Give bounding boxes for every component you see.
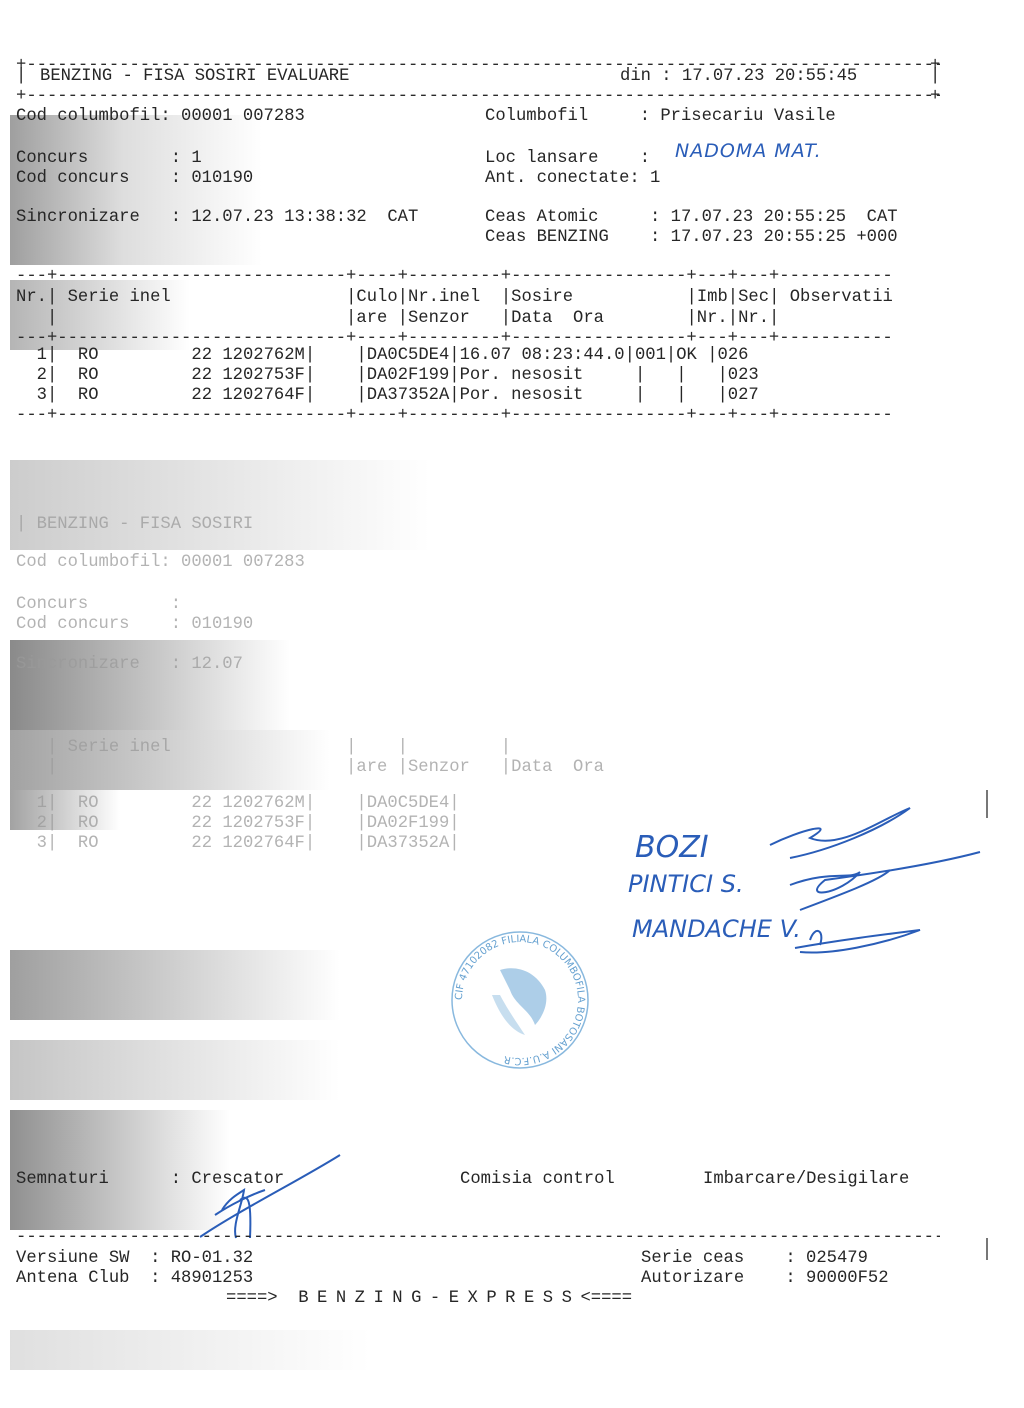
antena-club-field: Antena Club : 48901253 [16,1269,253,1289]
crescator-signature [0,0,1024,1408]
brand-line: ====> BENZING-EXPRESS<==== [226,1289,632,1309]
versiune-sw-field: Versiune SW : RO-01.32 [16,1249,253,1269]
autorizare-field: Autorizare : 90000F52 [641,1269,889,1289]
serie-ceas-field: Serie ceas : 025479 [641,1249,868,1269]
brand-name: BENZING-EXPRESS [298,1289,580,1308]
footer-divider: ----------------------------------------… [16,1228,940,1248]
